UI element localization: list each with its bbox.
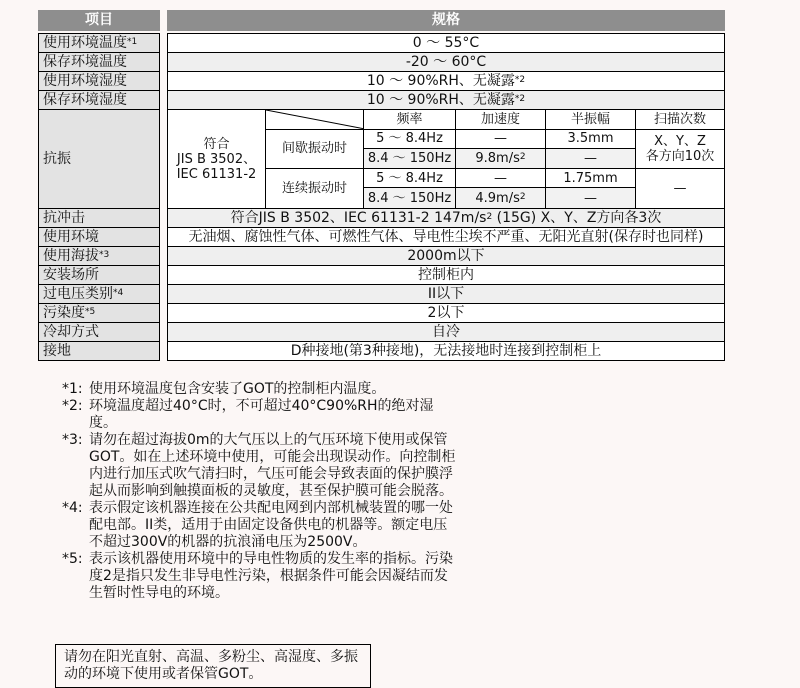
vibration-row: 抗振 符合 JIS B 3502、 IEC 61131-2 频率 加速度 <box>38 109 725 209</box>
caution-note-box: 请勿在阳光直射、高温、多粉尘、高湿度、多振动的环境下使用或者保管GOT。 <box>55 644 371 688</box>
table-row: 污染度*5 2以下 <box>38 303 725 323</box>
squared-sup: 2 <box>486 212 492 222</box>
column-gap <box>160 208 167 228</box>
table-header-row: 项目 规格 <box>38 10 725 31</box>
diagonal-blank-cell <box>266 110 364 130</box>
footnote-ref: *5 <box>85 307 95 317</box>
row-value: D种接地(第3种接地)，无法接地时连接到控制柜上 <box>167 341 725 361</box>
column-gap <box>160 265 167 285</box>
table-row: 使用环境湿度 10 ～ 90%RH、无凝露*2 <box>38 71 725 91</box>
footnote-item: *2: 环境温度超过40°C时，不可超过40°C90%RH的绝对湿度。 <box>62 398 462 432</box>
footnote-text: 表示该机器使用环境中的导电性物质的发生率的指标。污染度2是指只发生非导电性污染，… <box>89 551 457 602</box>
row-label: 保存环境湿度 <box>38 90 160 110</box>
row-label: 接地 <box>38 341 160 361</box>
table-row: 接地 D种接地(第3种接地)，无法接地时连接到控制柜上 <box>38 341 725 361</box>
table-row: 使用环境 无油烟、腐蚀性气体、可燃性气体、导电性尘埃不严重、无阳光直射(保存时也… <box>38 227 725 247</box>
row-label-text: 冷却方式 <box>43 324 99 340</box>
footnote-marker: *4: <box>62 500 89 551</box>
row-label-text: 污染度 <box>43 305 85 321</box>
footnote-item: *1: 使用环境温度包含安装了GOT的控制柜内温度。 <box>62 381 462 398</box>
table-row: 保存环境温度 -20 ～ 60°C <box>38 52 725 72</box>
column-gap <box>160 109 167 209</box>
row-value: 符合JIS B 3502、IEC 61131-2 147m/s2 (15G) X… <box>167 208 725 228</box>
column-gap <box>160 52 167 72</box>
freq-cell: 8.4 ～ 150Hz <box>364 188 456 208</box>
footnote-ref: *3 <box>99 250 109 260</box>
footnote-marker: *1: <box>62 381 89 398</box>
column-gap <box>160 246 167 266</box>
row-value-text: 10 ～ 90%RH、无凝露 <box>367 73 515 89</box>
column-gap <box>160 10 167 31</box>
column-gap <box>160 284 167 304</box>
footnote-ref: *2 <box>515 94 525 104</box>
sweep-count-cell: — <box>636 169 724 208</box>
table-row: 使用海拔*3 2000m以下 <box>38 246 725 266</box>
column-gap <box>160 71 167 91</box>
table-row: 使用环境温度*1 0 ～ 55°C <box>38 33 725 53</box>
footnote-item: *4: 表示假定该机器连接在公共配电网到内部机械装置的哪一处配电部。II类，适用… <box>62 500 462 551</box>
vibration-type-continuous: 连续振动时 <box>266 169 364 208</box>
column-gap <box>160 341 167 361</box>
footnote-marker: *2: <box>62 398 89 432</box>
row-value-text: 10 ～ 90%RH、无凝露 <box>367 92 515 108</box>
row-value: -20 ～ 60°C <box>167 52 725 72</box>
footnote-marker: *5: <box>62 551 89 602</box>
acceleration-cell: — <box>456 169 546 189</box>
footnote-item: *5: 表示该机器使用环境中的导电性物质的发生率的指标。污染度2是指只发生非导电… <box>62 551 462 602</box>
row-value-text: 符合JIS B 3502、IEC 61131-2 147m/s <box>231 210 487 226</box>
row-value-text: (15G) X、Y、Z方向各3次 <box>492 210 661 226</box>
footnote-text: 环境温度超过40°C时，不可超过40°C90%RH的绝对湿度。 <box>89 398 457 432</box>
row-label-text: 安装场所 <box>43 267 99 283</box>
row-label: 保存环境温度 <box>38 52 160 72</box>
row-label: 冷却方式 <box>38 322 160 342</box>
acceleration-value: 4.9m/s <box>475 191 520 206</box>
row-label-text: 保存环境温度 <box>43 54 127 70</box>
squared-sup: 2 <box>520 190 526 205</box>
vibration-type-intermittent: 间歇振动时 <box>266 130 364 169</box>
table-row: 冷却方式 自冷 <box>38 322 725 342</box>
row-value: 控制柜内 <box>167 265 725 285</box>
col-header-frequency: 频率 <box>364 110 456 130</box>
spec-table: 项目 规格 使用环境温度*1 0 ～ 55°C 保存环境温度 -20 ～ 60°… <box>38 10 725 361</box>
row-label-text: 使用环境 <box>43 229 99 245</box>
footnote-ref: *4 <box>113 288 123 298</box>
acceleration-cell: — <box>456 130 546 150</box>
header-spec: 规格 <box>167 10 725 31</box>
vibration-table: 符合 JIS B 3502、 IEC 61131-2 频率 加速度 半振幅 扫描… <box>167 109 725 209</box>
row-label: 使用环境 <box>38 227 160 247</box>
row-label: 使用海拔*3 <box>38 246 160 266</box>
row-value: 自冷 <box>167 322 725 342</box>
row-value: II以下 <box>167 284 725 304</box>
amplitude-cell: 1.75mm <box>546 169 636 189</box>
column-gap <box>160 303 167 323</box>
table-row: 安装场所 控制柜内 <box>38 265 725 285</box>
sweep-count-cell: X、Y、Z 各方向10次 <box>636 130 724 169</box>
row-label-text: 抗振 <box>43 151 71 167</box>
footnote-marker: *3: <box>62 432 89 500</box>
freq-cell: 8.4 ～ 150Hz <box>364 149 456 169</box>
row-value: 无油烟、腐蚀性气体、可燃性气体、导电性尘埃不严重、无阳光直射(保存时也同样) <box>167 227 725 247</box>
row-label-text: 接地 <box>43 343 71 359</box>
column-gap <box>160 90 167 110</box>
standard-line: JIS B 3502、 <box>177 152 256 167</box>
freq-cell: 5 ～ 8.4Hz <box>364 169 456 189</box>
column-gap <box>160 322 167 342</box>
footnote-ref: *2 <box>515 75 525 85</box>
header-item: 项目 <box>38 10 160 31</box>
row-label-text: 使用海拔 <box>43 248 99 264</box>
amplitude-cell: 3.5mm <box>546 130 636 150</box>
sweep-line: 各方向10次 <box>646 149 715 164</box>
footnote-text: 表示假定该机器连接在公共配电网到内部机械装置的哪一处配电部。II类，适用于由固定… <box>89 500 457 551</box>
row-label: 使用环境湿度 <box>38 71 160 91</box>
footnote-item: *3: 请勿在超过海拔0m的大气压以上的气压环境下使用或保管GOT。如在上述环境… <box>62 432 462 500</box>
vibration-standard-cell: 符合 JIS B 3502、 IEC 61131-2 <box>168 110 266 208</box>
acceleration-value: 9.8m/s <box>475 151 520 166</box>
freq-cell: 5 ～ 8.4Hz <box>364 130 456 150</box>
caution-note-text: 请勿在阳光直射、高温、多粉尘、高湿度、多振动的环境下使用或者保管GOT。 <box>64 649 358 682</box>
row-value: 2000m以下 <box>167 246 725 266</box>
squared-sup: 2 <box>520 150 526 165</box>
col-header-amplitude: 半振幅 <box>546 110 636 130</box>
row-label-text: 抗冲击 <box>43 210 85 226</box>
column-gap <box>160 227 167 247</box>
sweep-line: X、Y、Z <box>654 134 706 149</box>
row-label-text: 保存环境湿度 <box>43 92 127 108</box>
shock-row: 抗冲击 符合JIS B 3502、IEC 61131-2 147m/s2 (15… <box>38 208 725 228</box>
row-value: 2以下 <box>167 303 725 323</box>
row-label-text: 过电压类别 <box>43 286 113 302</box>
col-header-sweep: 扫描次数 <box>636 110 724 130</box>
row-label: 使用环境温度*1 <box>38 33 160 53</box>
footnote-text: 使用环境温度包含安装了GOT的控制柜内温度。 <box>89 381 457 398</box>
table-row: 保存环境湿度 10 ～ 90%RH、无凝露*2 <box>38 90 725 110</box>
row-value: 0 ～ 55°C <box>167 33 725 53</box>
row-label: 安装场所 <box>38 265 160 285</box>
table-rows: 使用环境温度*1 0 ～ 55°C 保存环境温度 -20 ～ 60°C 使用环境… <box>38 33 725 361</box>
diagonal-line <box>266 110 363 129</box>
standard-line: 符合 <box>203 137 229 152</box>
footnote-ref: *1 <box>127 37 137 47</box>
column-gap <box>160 33 167 53</box>
acceleration-cell: 4.9m/s2 <box>456 188 546 208</box>
row-label: 抗冲击 <box>38 208 160 228</box>
standard-line: IEC 61131-2 <box>177 167 257 182</box>
row-value: 10 ～ 90%RH、无凝露*2 <box>167 71 725 91</box>
row-value: 10 ～ 90%RH、无凝露*2 <box>167 90 725 110</box>
row-label: 过电压类别*4 <box>38 284 160 304</box>
row-label: 抗振 <box>38 109 160 209</box>
col-header-acceleration: 加速度 <box>456 110 546 130</box>
acceleration-cell: 9.8m/s2 <box>456 149 546 169</box>
footnotes: *1: 使用环境温度包含安装了GOT的控制柜内温度。 *2: 环境温度超过40°… <box>62 381 462 602</box>
row-label: 污染度*5 <box>38 303 160 323</box>
amplitude-cell: — <box>546 188 636 208</box>
amplitude-cell: — <box>546 149 636 169</box>
footnote-text: 请勿在超过海拔0m的大气压以上的气压环境下使用或保管GOT。如在上述环境中使用，… <box>89 432 457 500</box>
manual-spec-page: 项目 规格 使用环境温度*1 0 ～ 55°C 保存环境温度 -20 ～ 60°… <box>0 0 800 688</box>
row-label-text: 使用环境温度 <box>43 35 127 51</box>
table-row: 过电压类别*4 II以下 <box>38 284 725 304</box>
row-label-text: 使用环境湿度 <box>43 73 127 89</box>
